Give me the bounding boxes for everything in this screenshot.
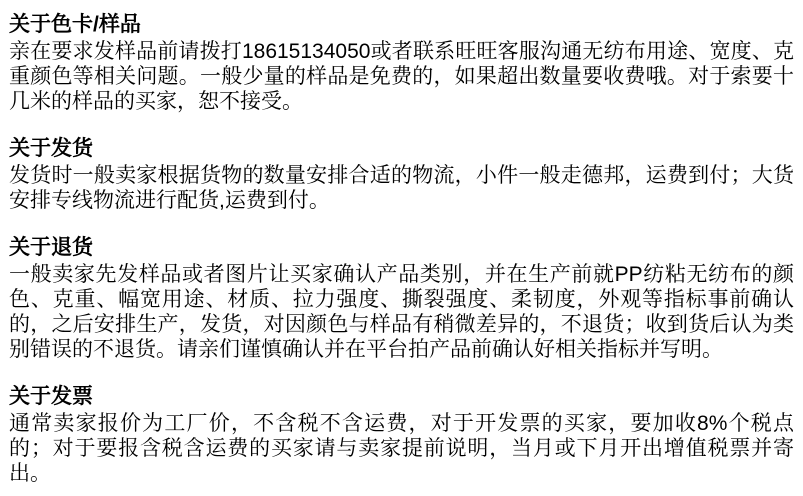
- section-body-invoice: 通常卖家报价为工厂价，不含税不含运费，对于开发票的买家，要加收8%个税点的；对于…: [9, 411, 794, 486]
- section-heading-returns: 关于退货: [9, 235, 794, 260]
- section-shipping: 关于发货 发货时一般卖家根据货物的数量安排合适的物流，小件一般走德邦，运费到付；…: [9, 136, 794, 213]
- section-heading-invoice: 关于发票: [9, 384, 794, 409]
- section-heading-color-card-samples: 关于色卡/样品: [9, 12, 794, 37]
- section-heading-shipping: 关于发货: [9, 136, 794, 161]
- product-policy-document: 关于色卡/样品 亲在要求发样品前请拨打18615134050或者联系旺旺客服沟通…: [0, 0, 803, 486]
- section-invoice: 关于发票 通常卖家报价为工厂价，不含税不含运费，对于开发票的买家，要加收8%个税…: [9, 384, 794, 486]
- section-body-color-card-samples: 亲在要求发样品前请拨打18615134050或者联系旺旺客服沟通无纺布用途、宽度…: [9, 39, 794, 114]
- section-body-returns: 一般卖家先发样品或者图片让买家确认产品类别，并在生产前就PP纺粘无纺布的颜色、克…: [9, 262, 794, 362]
- section-body-shipping: 发货时一般卖家根据货物的数量安排合适的物流，小件一般走德邦，运费到付；大货安排专…: [9, 163, 794, 213]
- section-returns: 关于退货 一般卖家先发样品或者图片让买家确认产品类别，并在生产前就PP纺粘无纺布…: [9, 235, 794, 362]
- section-color-card-samples: 关于色卡/样品 亲在要求发样品前请拨打18615134050或者联系旺旺客服沟通…: [9, 12, 794, 114]
